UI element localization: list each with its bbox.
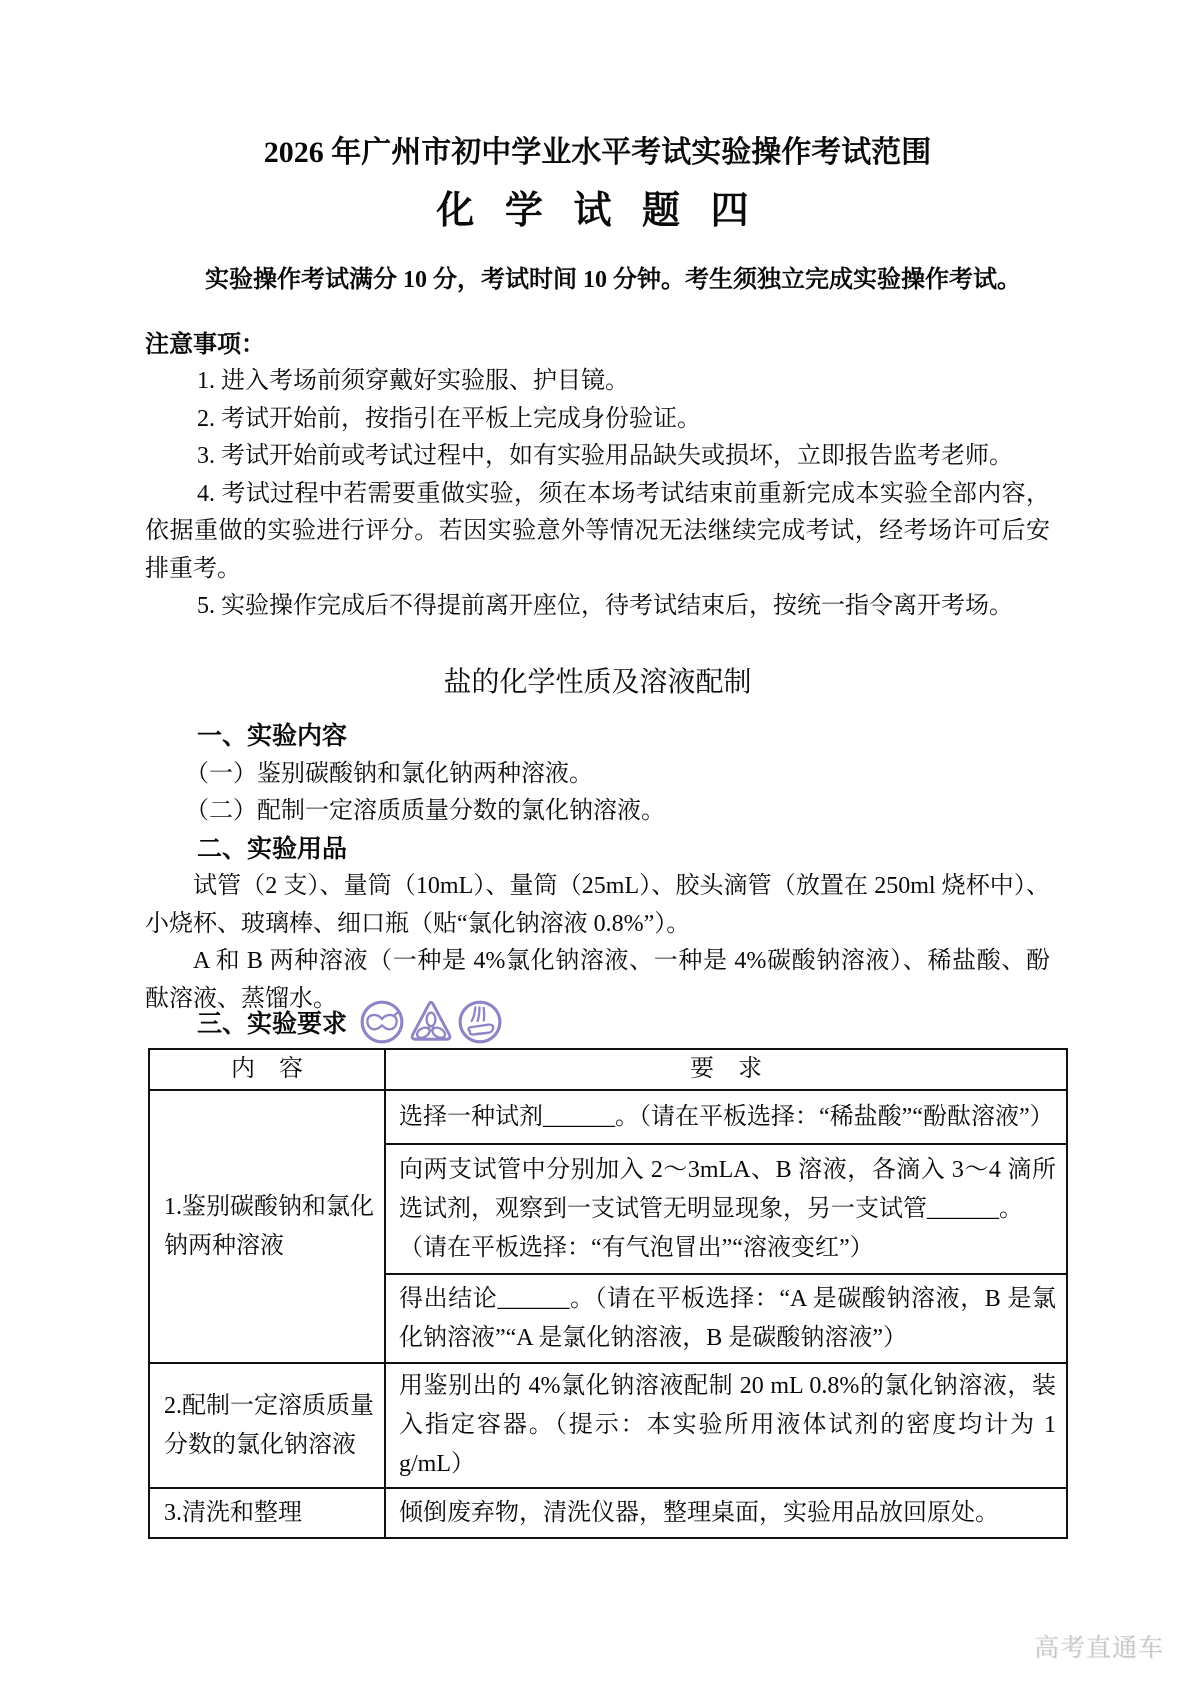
goggles-icon xyxy=(359,999,405,1045)
experiment-section: 盐的化学性质及溶液配制 一、实验内容 （一）鉴别碳酸钠和氯化钠两种溶液。 （二）… xyxy=(145,655,1050,1018)
requirement-cell: 倾倒废弃物，清洗仪器，整理桌面，实验用品放回原处。 xyxy=(385,1488,1067,1538)
notice-item: 4. 考试过程中若需要重做实验，须在本场考试结束前重新完成本实验全部内容，依据重… xyxy=(145,476,1050,589)
content-item: （一）鉴别碳酸钠和氯化钠两种溶液。 xyxy=(145,756,1050,794)
task-label: 3.清洗和整理 xyxy=(149,1488,385,1538)
notice-item: 5. 实验操作完成后不得提前离开座位，待考试结束后，按统一指令离开考场。 xyxy=(145,588,1050,626)
exam-paper-page: 2026 年广州市初中学业水平考试实验操作考试范围 化 学 试 题 四 实验操作… xyxy=(0,0,1190,1683)
requirement-cell: 向两支试管中分别加入 2～3mLA、B 溶液，各滴入 3～4 滴所选试剂，观察到… xyxy=(385,1144,1067,1274)
exam-summary: 实验操作考试满分 10 分，考试时间 10 分钟。考生须独立完成实验操作考试。 xyxy=(145,262,1050,300)
section-heading-supplies: 二、实验用品 xyxy=(145,831,1050,869)
requirement-cell: 选择一种试剂______。（请在平板选择：“稀盐酸”“酚酞溶液”） xyxy=(385,1090,1067,1144)
task-label: 1.鉴别碳酸钠和氯化 钠两种溶液 xyxy=(149,1090,385,1363)
content-item: （二）配制一定溶质质量分数的氯化钠溶液。 xyxy=(145,793,1050,831)
table-row: 1.鉴别碳酸钠和氯化 钠两种溶液 选择一种试剂______。（请在平板选择：“稀… xyxy=(149,1090,1067,1144)
supplies-paragraph: 试管（2 支）、量筒（10mL）、量筒（25mL）、胶头滴管（放置在 250ml… xyxy=(145,868,1050,943)
requirement-cell: 用鉴别出的 4%氯化钠溶液配制 20 mL 0.8%的氯化钠溶液，装入指定容器。… xyxy=(385,1363,1067,1488)
table-row: 3.清洗和整理 倾倒废弃物，清洗仪器，整理桌面，实验用品放回原处。 xyxy=(149,1488,1067,1538)
title-block: 2026 年广州市初中学业水平考试实验操作考试范围 化 学 试 题 四 xyxy=(145,134,1050,234)
notice-item: 2. 考试开始前，按指引在平板上完成身份验证。 xyxy=(145,401,1050,439)
ventilation-icon xyxy=(408,999,454,1045)
table-header-requirement: 要 求 xyxy=(385,1049,1067,1090)
handwash-icon xyxy=(457,999,503,1045)
experiment-title: 盐的化学性质及溶液配制 xyxy=(145,663,1050,703)
table-header-content: 内 容 xyxy=(149,1049,385,1090)
table-header-row: 内 容 要 求 xyxy=(149,1049,1067,1090)
notice-item: 1. 进入考场前须穿戴好实验服、护目镜。 xyxy=(145,363,1050,401)
section-heading-content: 一、实验内容 xyxy=(145,718,1050,756)
requirements-table: 内 容 要 求 1.鉴别碳酸钠和氯化 钠两种溶液 选择一种试剂______。（请… xyxy=(148,1048,1068,1539)
preamble-section: 实验操作考试满分 10 分，考试时间 10 分钟。考生须独立完成实验操作考试。 … xyxy=(145,262,1050,626)
notice-item: 3. 考试开始前或考试过程中，如有实验用品缺失或损坏，立即报告监考老师。 xyxy=(145,438,1050,476)
table-row: 2.配制一定溶质质量 分数的氯化钠溶液 用鉴别出的 4%氯化钠溶液配制 20 m… xyxy=(149,1363,1067,1488)
safety-icons xyxy=(359,999,503,1045)
watermark: 高考直通车 xyxy=(1034,1628,1164,1664)
requirement-cell: 得出结论______。（请在平板选择：“A 是碳酸钠溶液，B 是氯化钠溶液”“A… xyxy=(385,1274,1067,1363)
section-heading-requirements: 三、实验要求 xyxy=(197,1004,347,1040)
notices-label: 注意事项： xyxy=(145,326,1050,364)
page-title: 2026 年广州市初中学业水平考试实验操作考试范围 xyxy=(145,134,1050,172)
requirements-heading-row: 三、实验要求 xyxy=(145,999,1050,1045)
task-label: 2.配制一定溶质质量 分数的氯化钠溶液 xyxy=(149,1363,385,1488)
subject-title: 化 学 试 题 四 xyxy=(145,188,1050,234)
